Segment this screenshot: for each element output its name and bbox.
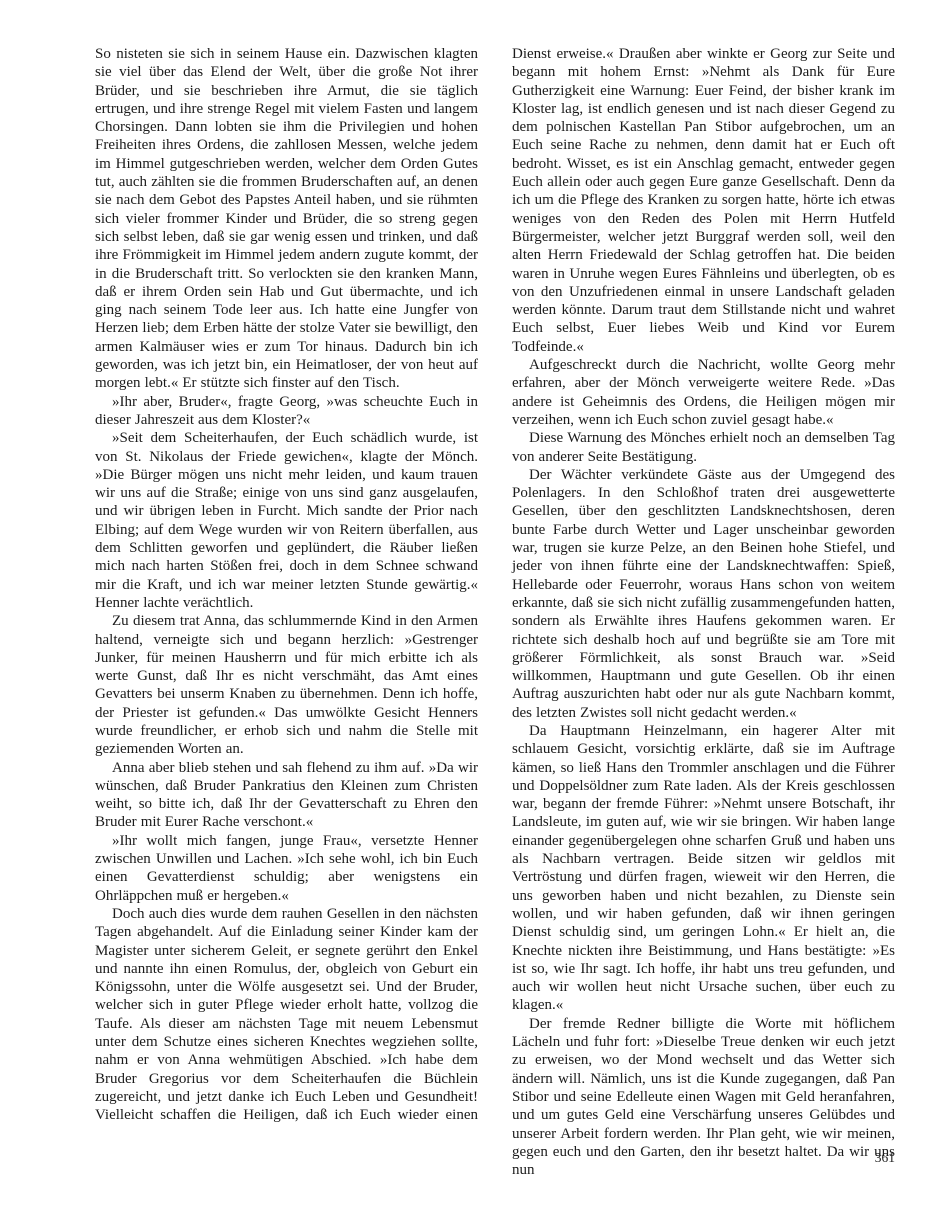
paragraph: So nisteten sie sich in seinem Hause ein… [95,45,478,393]
paragraph: »Seit dem Scheiterhaufen, der Euch schäd… [95,429,478,612]
paragraph: »Ihr wollt mich fangen, junge Frau«, ver… [95,832,478,905]
book-page: So nisteten sie sich in seinem Hause ein… [0,0,935,1210]
text-column-left: So nisteten sie sich in seinem Hause ein… [95,45,478,1179]
paragraph: Dienst erweise.« Draußen aber winkte er … [512,45,895,356]
page-number: 361 [95,1150,895,1166]
text-column-right: Dienst erweise.« Draußen aber winkte er … [512,45,895,1179]
paragraph: Diese Warnung des Mönches erhielt noch a… [512,429,895,466]
paragraph: Doch auch dies wurde dem rauhen Gesellen… [95,905,478,1125]
paragraph: Da Hauptmann Heinzelmann, ein hagerer Al… [512,722,895,1015]
paragraph: Zu diesem trat Anna, das schlummernde Ki… [95,612,478,758]
paragraph: Anna aber blieb stehen und sah flehend z… [95,759,478,832]
text-columns: So nisteten sie sich in seinem Hause ein… [95,45,895,1179]
paragraph: Der Wächter verkündete Gäste aus der Umg… [512,466,895,722]
paragraph: »Ihr aber, Bruder«, fragte Georg, »was s… [95,393,478,430]
paragraph: Aufgeschreckt durch die Nachricht, wollt… [512,356,895,429]
